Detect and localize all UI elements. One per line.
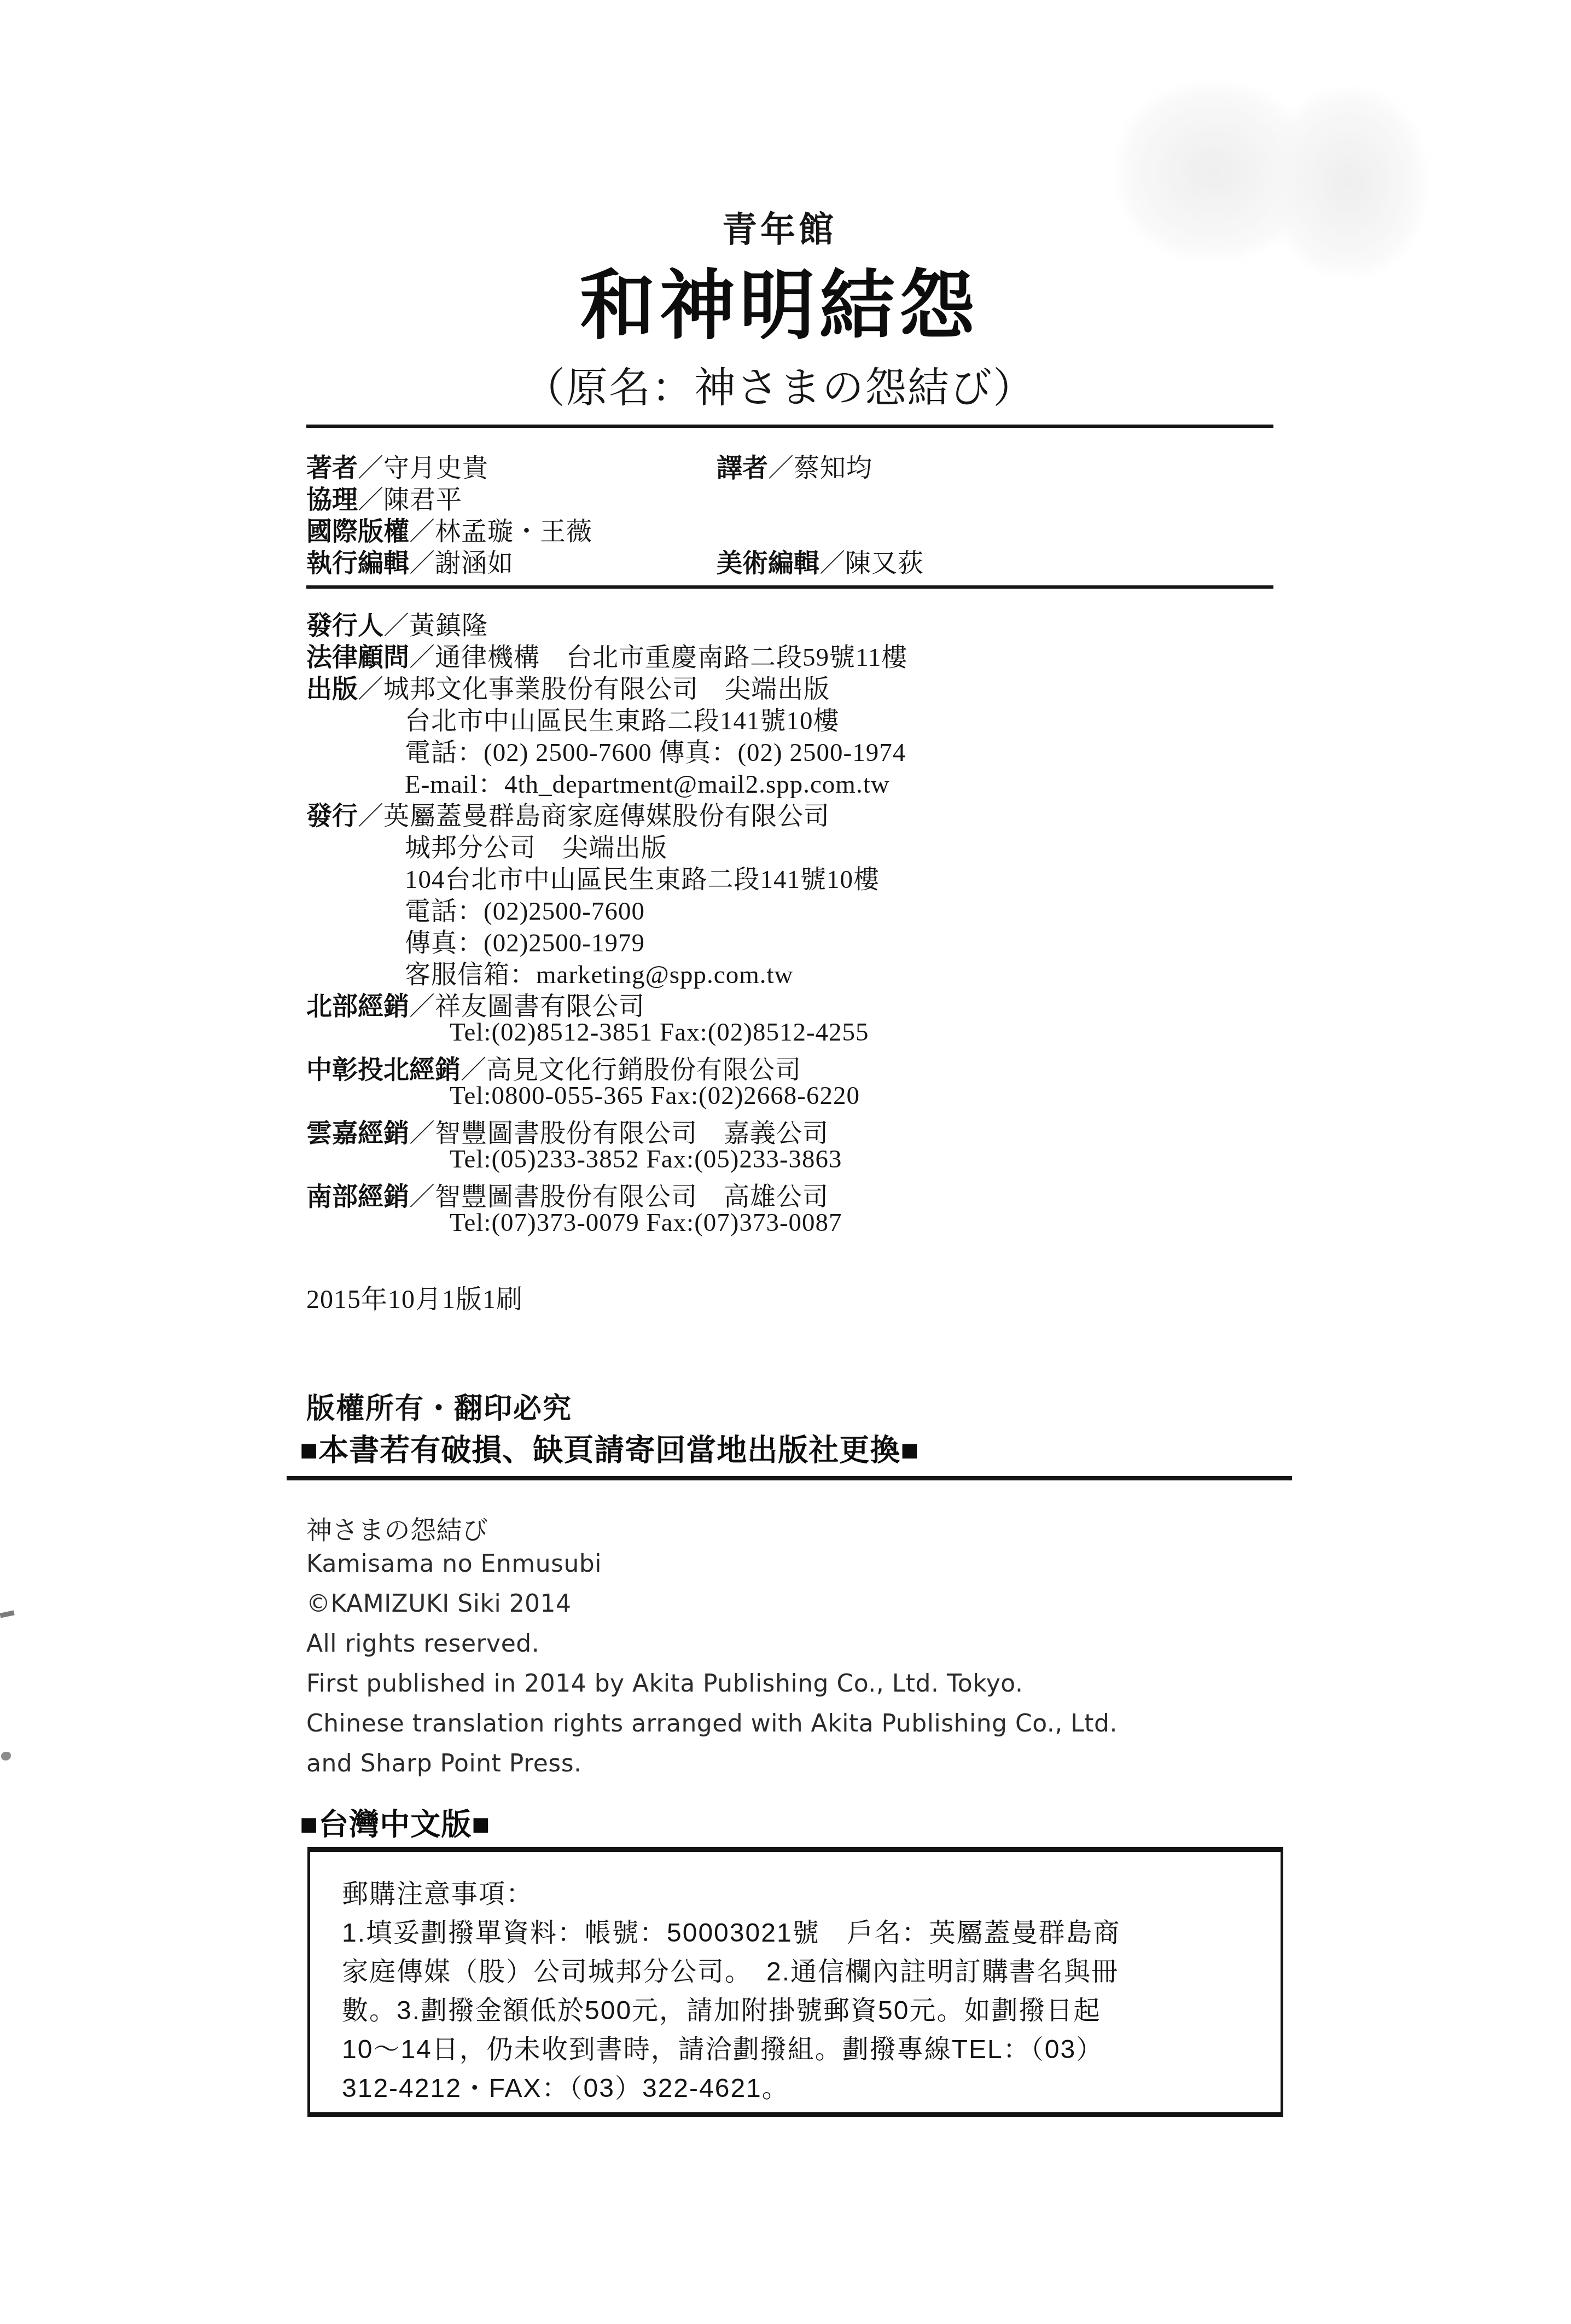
colophon-line: 客服信箱：marketing@spp.com.tw xyxy=(306,954,1285,986)
credit-value: 陳君平 xyxy=(383,479,462,516)
label-separator: ／ xyxy=(409,1113,435,1149)
colophon-value: 104台北市中山區民生東路二段141號10樓 xyxy=(405,859,880,896)
colophon-label: 發行人 xyxy=(306,605,383,642)
colophon-line: 電話：(02) 2500-7600 傳真：(02) 2500-1974 xyxy=(306,732,1285,764)
label-separator: ／ xyxy=(409,511,435,548)
colophon-label: 發行 xyxy=(306,795,358,832)
colophon-line: 傳真：(02)2500-1979 xyxy=(306,922,1285,954)
colophon-line: E-mail：4th_department@mail2.spp.com.tw xyxy=(306,764,1285,795)
colophon-value: 英屬蓋曼群島商家庭傳媒股份有限公司 xyxy=(383,795,830,832)
translation-rights-line: Chinese translation rights arranged with… xyxy=(306,1710,1291,1750)
imprint-label: 青年館 xyxy=(274,201,1285,252)
label-separator: ／ xyxy=(383,605,409,642)
publication-section: 發行人／黃鎮隆 法律顧問／通律機構 台北市重慶南路二段59號11樓 出版／城邦文… xyxy=(306,605,1285,1240)
colophon-line: Tel:(02)8512-3851 Fax:(02)8512-4255 xyxy=(306,1018,1285,1049)
colophon-label: 法律顧問 xyxy=(306,637,409,673)
colophon-line: 出版／城邦文化事業股份有限公司 尖端出版 xyxy=(306,669,1285,700)
colophon-line: 發行人／黃鎮隆 xyxy=(306,605,1285,637)
label-separator: ／ xyxy=(358,795,383,832)
colophon-value: 電話：(02)2500-7600 xyxy=(405,891,645,927)
colophon-value: Tel:(07)373-0079 Fax:(07)373-0087 xyxy=(450,1208,842,1237)
credit-row: 國際版權／林孟璇・王薇 xyxy=(306,511,1285,543)
label-separator: ／ xyxy=(768,448,794,484)
credit-label: 譯者 xyxy=(717,448,768,484)
colophon-value: 電話：(02) 2500-7600 傳真：(02) 2500-1974 xyxy=(405,732,906,769)
colophon-value: 台北市中山區民生東路二段141號10樓 xyxy=(405,700,840,737)
bleedthrough-artifact xyxy=(1275,92,1422,272)
original-title-note: （原名：神さまの怨結び） xyxy=(274,355,1285,414)
edge-scan-mark xyxy=(1,1752,11,1761)
credit-entry: 執行編輯／謝涵如 xyxy=(306,543,717,579)
label-separator: ／ xyxy=(409,637,435,673)
romanized-title: Kamisama no Enmusubi xyxy=(306,1550,1291,1590)
original-rights-section: 神さまの怨結び Kamisama no Enmusubi ©KAMIZUKI S… xyxy=(306,1510,1291,1790)
credit-label: 著者 xyxy=(306,448,358,484)
credit-value: 謝涵如 xyxy=(435,543,514,579)
colophon-value: 客服信箱：marketing@spp.com.tw xyxy=(405,954,794,991)
colophon-label: 出版 xyxy=(306,669,358,705)
colophon-value: 祥友圖書有限公司 xyxy=(435,986,645,1022)
colophon-value: Tel:0800-055-365 Fax:(02)2668-6220 xyxy=(450,1081,860,1111)
colophon-value: 傳真：(02)2500-1979 xyxy=(405,922,645,959)
credit-entry: 美術編輯／陳又荻 xyxy=(717,543,924,579)
colophon-label: 雲嘉經銷 xyxy=(306,1113,409,1149)
edge-scan-mark xyxy=(0,1610,15,1618)
label-separator: ／ xyxy=(409,986,435,1022)
label-separator: ／ xyxy=(409,543,435,579)
label-separator: ／ xyxy=(819,543,845,579)
credit-row: 執行編輯／謝涵如 美術編輯／陳又荻 xyxy=(306,543,1285,574)
colophon-value: 通律機構 台北市重慶南路二段59號11樓 xyxy=(435,637,907,673)
label-separator: ／ xyxy=(461,1049,486,1086)
colophon-line: 台北市中山區民生東路二段141號10樓 xyxy=(306,700,1285,732)
colophon-value: 城邦文化事業股份有限公司 尖端出版 xyxy=(383,669,830,705)
colophon-value: 智豐圖書股份有限公司 高雄公司 xyxy=(435,1176,829,1213)
credit-entry: 著者／守月史貴 xyxy=(306,448,717,484)
original-japanese-title: 神さまの怨結び xyxy=(306,1510,1291,1550)
colophon-line: Tel:(07)373-0079 Fax:(07)373-0087 xyxy=(306,1208,1285,1240)
colophon-value: E-mail：4th_department@mail2.spp.com.tw xyxy=(405,764,890,800)
credit-row: 著者／守月史貴 譯者／蔡知均 xyxy=(306,448,1285,479)
first-published-line: First published in 2014 by Akita Publish… xyxy=(306,1670,1291,1710)
mail-order-line: 312-4212・FAX：（03）322-4621。 xyxy=(342,2067,1252,2106)
divider-rule xyxy=(306,425,1273,428)
credit-value: 林孟璇・王薇 xyxy=(435,511,592,548)
translation-rights-line: and Sharp Point Press. xyxy=(306,1750,1291,1790)
mail-order-line: 數。3.劃撥金額低於500元，請加附掛號郵資50元。如劃撥日起 xyxy=(342,1989,1252,2028)
colophon-value: Tel:(05)233-3852 Fax:(05)233-3863 xyxy=(450,1144,842,1174)
book-title: 和神明結怨 xyxy=(274,245,1285,353)
credit-entry: 協理／陳君平 xyxy=(306,479,717,516)
credit-value: 陳又荻 xyxy=(845,543,924,579)
credit-entry: 國際版權／林孟璇・王薇 xyxy=(306,511,717,548)
colophon-line: 104台北市中山區民生東路二段141號10樓 xyxy=(306,859,1285,891)
divider-rule xyxy=(306,585,1273,589)
colophon-line: 法律顧問／通律機構 台北市重慶南路二段59號11樓 xyxy=(306,637,1285,669)
copyright-holder-line: ©KAMIZUKI Siki 2014 xyxy=(306,1590,1291,1630)
mail-order-line: 家庭傳媒（股）公司城邦分公司。 2.通信欄內註明訂購書名與冊 xyxy=(342,1950,1252,1989)
label-separator: ／ xyxy=(358,669,383,705)
colophon-line: 雲嘉經銷／智豐圖書股份有限公司 嘉義公司 xyxy=(306,1113,1285,1144)
rights-reserved-line: All rights reserved. xyxy=(306,1630,1291,1670)
credit-value: 守月史貴 xyxy=(383,448,488,484)
colophon-line: Tel:(05)233-3852 Fax:(05)233-3863 xyxy=(306,1144,1285,1176)
credit-value: 蔡知均 xyxy=(794,448,872,484)
colophon-value: 黃鎮隆 xyxy=(409,605,488,642)
credit-label: 執行編輯 xyxy=(306,543,409,579)
damaged-copy-notice: ■本書若有破損、缺頁請寄回當地出版社更換■ xyxy=(300,1426,919,1469)
label-separator: ／ xyxy=(358,479,383,516)
colophon-label: 北部經銷 xyxy=(306,986,409,1022)
mail-order-heading: 郵購注意事項： xyxy=(342,1873,1252,1912)
colophon-line: 北部經銷／祥友圖書有限公司 xyxy=(306,986,1285,1018)
colophon-line: 南部經銷／智豐圖書股份有限公司 高雄公司 xyxy=(306,1176,1285,1208)
colophon-label: 中彰投北經銷 xyxy=(306,1049,461,1086)
mail-order-box: 郵購注意事項： 1.填妥劃撥單資料：帳號：50003021號 戶名：英屬蓋曼群島… xyxy=(307,1847,1283,2117)
credit-label: 協理 xyxy=(306,479,358,516)
copyright-reserved-line: 版權所有・翻印必究 xyxy=(306,1385,572,1426)
colophon-value: Tel:(02)8512-3851 Fax:(02)8512-4255 xyxy=(450,1018,869,1047)
divider-rule xyxy=(287,1476,1292,1480)
colophon-line: Tel:0800-055-365 Fax:(02)2668-6220 xyxy=(306,1081,1285,1113)
label-separator: ／ xyxy=(358,448,383,484)
credit-label: 美術編輯 xyxy=(717,543,819,579)
colophon-value: 智豐圖書股份有限公司 嘉義公司 xyxy=(435,1113,829,1149)
colophon-value: 高見文化行銷股份有限公司 xyxy=(486,1049,801,1086)
taiwan-edition-label: ■台灣中文版■ xyxy=(300,1800,490,1843)
credit-entry: 譯者／蔡知均 xyxy=(717,448,872,484)
label-separator: ／ xyxy=(409,1176,435,1213)
colophon-label: 南部經銷 xyxy=(306,1176,409,1213)
credits-section: 著者／守月史貴 譯者／蔡知均 協理／陳君平 國際版權／林孟璇・王薇 執行編輯／謝… xyxy=(306,448,1285,574)
colophon-page: 青年館 和神明結怨 （原名：神さまの怨結び） 著者／守月史貴 譯者／蔡知均 協理… xyxy=(0,0,1571,2324)
mail-order-line: 10～14日，仍未收到書時，請洽劃撥組。劃撥專線TEL：（03） xyxy=(342,2028,1252,2067)
colophon-line: 中彰投北經銷／高見文化行銷股份有限公司 xyxy=(306,1049,1285,1081)
mail-order-line: 1.填妥劃撥單資料：帳號：50003021號 戶名：英屬蓋曼群島商 xyxy=(342,1912,1252,1950)
colophon-value: 城邦分公司 尖端出版 xyxy=(405,827,667,864)
credit-label: 國際版權 xyxy=(306,511,409,548)
edition-printing-line: 2015年10月1版1刷 xyxy=(306,1278,523,1316)
colophon-line: 發行／英屬蓋曼群島商家庭傳媒股份有限公司 xyxy=(306,795,1285,827)
